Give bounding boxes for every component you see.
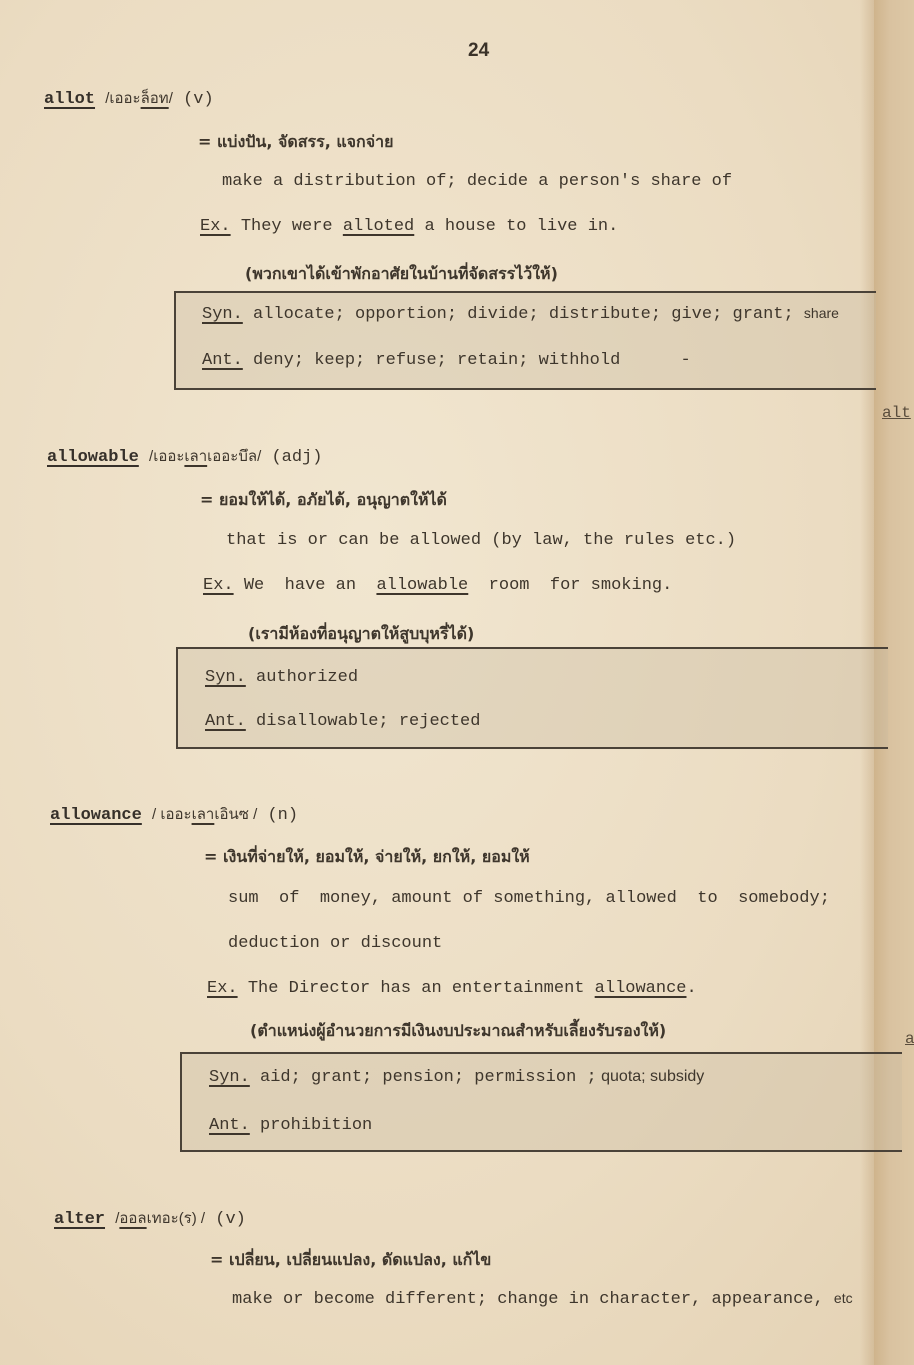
example-highlight: alloted: [343, 217, 414, 236]
part-of-speech: (adj): [271, 448, 322, 467]
example-sentence: Ex. We have an allowable room for smokin…: [203, 576, 672, 595]
entry-allowable-header: allowable /เออะเลาเออะบึล/ (adj): [47, 444, 322, 468]
example-sentence: Ex. The Director has an entertainment al…: [207, 979, 697, 998]
example-label: Ex.: [203, 576, 234, 595]
synonyms-line: Syn. allocate; opportion; divide; distri…: [202, 305, 839, 324]
example-sentence: Ex. They were alloted a house to live in…: [200, 217, 618, 236]
pronunciation: /เออะล็อท/: [105, 90, 173, 107]
english-definition-line-1: sum of money, amount of something, allow…: [228, 889, 830, 908]
facing-page-fragment: a: [905, 1030, 914, 1048]
pronunciation: /เออะเลาเออะบึล/: [149, 448, 261, 465]
english-definition-line-2: deduction or discount: [228, 934, 442, 953]
synonyms: allocate; opportion; divide; distribute;…: [253, 305, 794, 324]
dictionary-page: 24 allot /เออะล็อท/ (v) = แบ่งปัน, จัดสร…: [0, 0, 914, 1365]
antonyms-line: Ant. prohibition: [209, 1116, 372, 1135]
thai-meaning: = ยอมให้ได้, อภัยได้, อนุญาตให้ได้: [200, 488, 447, 513]
antonyms-line: Ant. deny; keep; refuse; retain; withhol…: [202, 351, 691, 370]
pronunciation: /ออลเทอะ(ร) /: [115, 1210, 205, 1227]
english-definition: make a distribution of; decide a person'…: [222, 172, 732, 191]
headword: allot: [44, 90, 95, 109]
headword: allowable: [47, 448, 139, 467]
english-definition: make or become different; change in char…: [232, 1290, 853, 1309]
thai-meaning: = เงินที่จ่ายให้, ยอมให้, จ่ายให้, ยกให้…: [204, 845, 530, 870]
example-thai-translation: (ตำแหน่งผู้อำนวยการมีเงินงบประมาณสำหรับเ…: [250, 1019, 666, 1044]
syn-ant-box: Syn. authorized Ant. disallowable; rejec…: [176, 647, 888, 749]
synonyms-line: Syn. authorized: [205, 668, 358, 687]
ant-label: Ant.: [205, 712, 246, 731]
part-of-speech: (v): [215, 1210, 246, 1229]
english-definition: that is or can be allowed (by law, the r…: [226, 531, 736, 550]
antonyms: deny; keep; refuse; retain; withhold: [253, 351, 620, 370]
pronunciation: / เออะเลาเอินซ /: [152, 806, 257, 823]
syn-label: Syn.: [202, 305, 243, 324]
facing-page-fragment: alt: [882, 404, 911, 422]
ant-label: Ant.: [209, 1116, 250, 1135]
example-label: Ex.: [200, 217, 231, 236]
antonyms: prohibition: [260, 1116, 372, 1135]
thai-meaning: = แบ่งปัน, จัดสรร, แจกจ่าย: [198, 130, 393, 155]
synonyms: authorized: [256, 668, 358, 687]
syn-ant-box: Syn. allocate; opportion; divide; distri…: [174, 291, 876, 390]
entry-alter-header: alter /ออลเทอะ(ร) / (v): [54, 1206, 246, 1230]
synonyms: aid; grant; pension; permission ;: [260, 1068, 597, 1087]
example-thai-translation: (พวกเขาได้เข้าพักอาศัยในบ้านที่จัดสรรไว้…: [245, 262, 558, 287]
entry-allot-header: allot /เออะล็อท/ (v): [44, 86, 214, 110]
entry-allowance-header: allowance / เออะเลาเอินซ / (n): [50, 802, 298, 826]
ant-label: Ant.: [202, 351, 243, 370]
part-of-speech: (n): [267, 806, 298, 825]
example-thai-translation: (เรามีห้องที่อนุญาตให้สูบบุหรี่ได้): [248, 622, 474, 647]
page-number: 24: [468, 40, 489, 62]
headword: alter: [54, 1210, 105, 1229]
antonyms-line: Ant. disallowable; rejected: [205, 712, 480, 731]
example-highlight: allowable: [376, 576, 468, 595]
syn-ant-box: Syn. aid; grant; pension; permission ; q…: [180, 1052, 902, 1152]
synonyms-tail: quota; subsidy: [597, 1068, 705, 1085]
antonyms: disallowable; rejected: [256, 712, 480, 731]
syn-label: Syn.: [205, 668, 246, 687]
example-label: Ex.: [207, 979, 238, 998]
part-of-speech: (v): [183, 90, 214, 109]
synonyms-line: Syn. aid; grant; pension; permission ; q…: [209, 1068, 704, 1087]
headword: allowance: [50, 806, 142, 825]
thai-meaning: = เปลี่ยน, เปลี่ยนแปลง, ดัดแปลง, แก้ไข: [210, 1248, 491, 1273]
syn-label: Syn.: [209, 1068, 250, 1087]
example-highlight: allowance: [595, 979, 687, 998]
synonym-cut: share: [804, 305, 839, 321]
